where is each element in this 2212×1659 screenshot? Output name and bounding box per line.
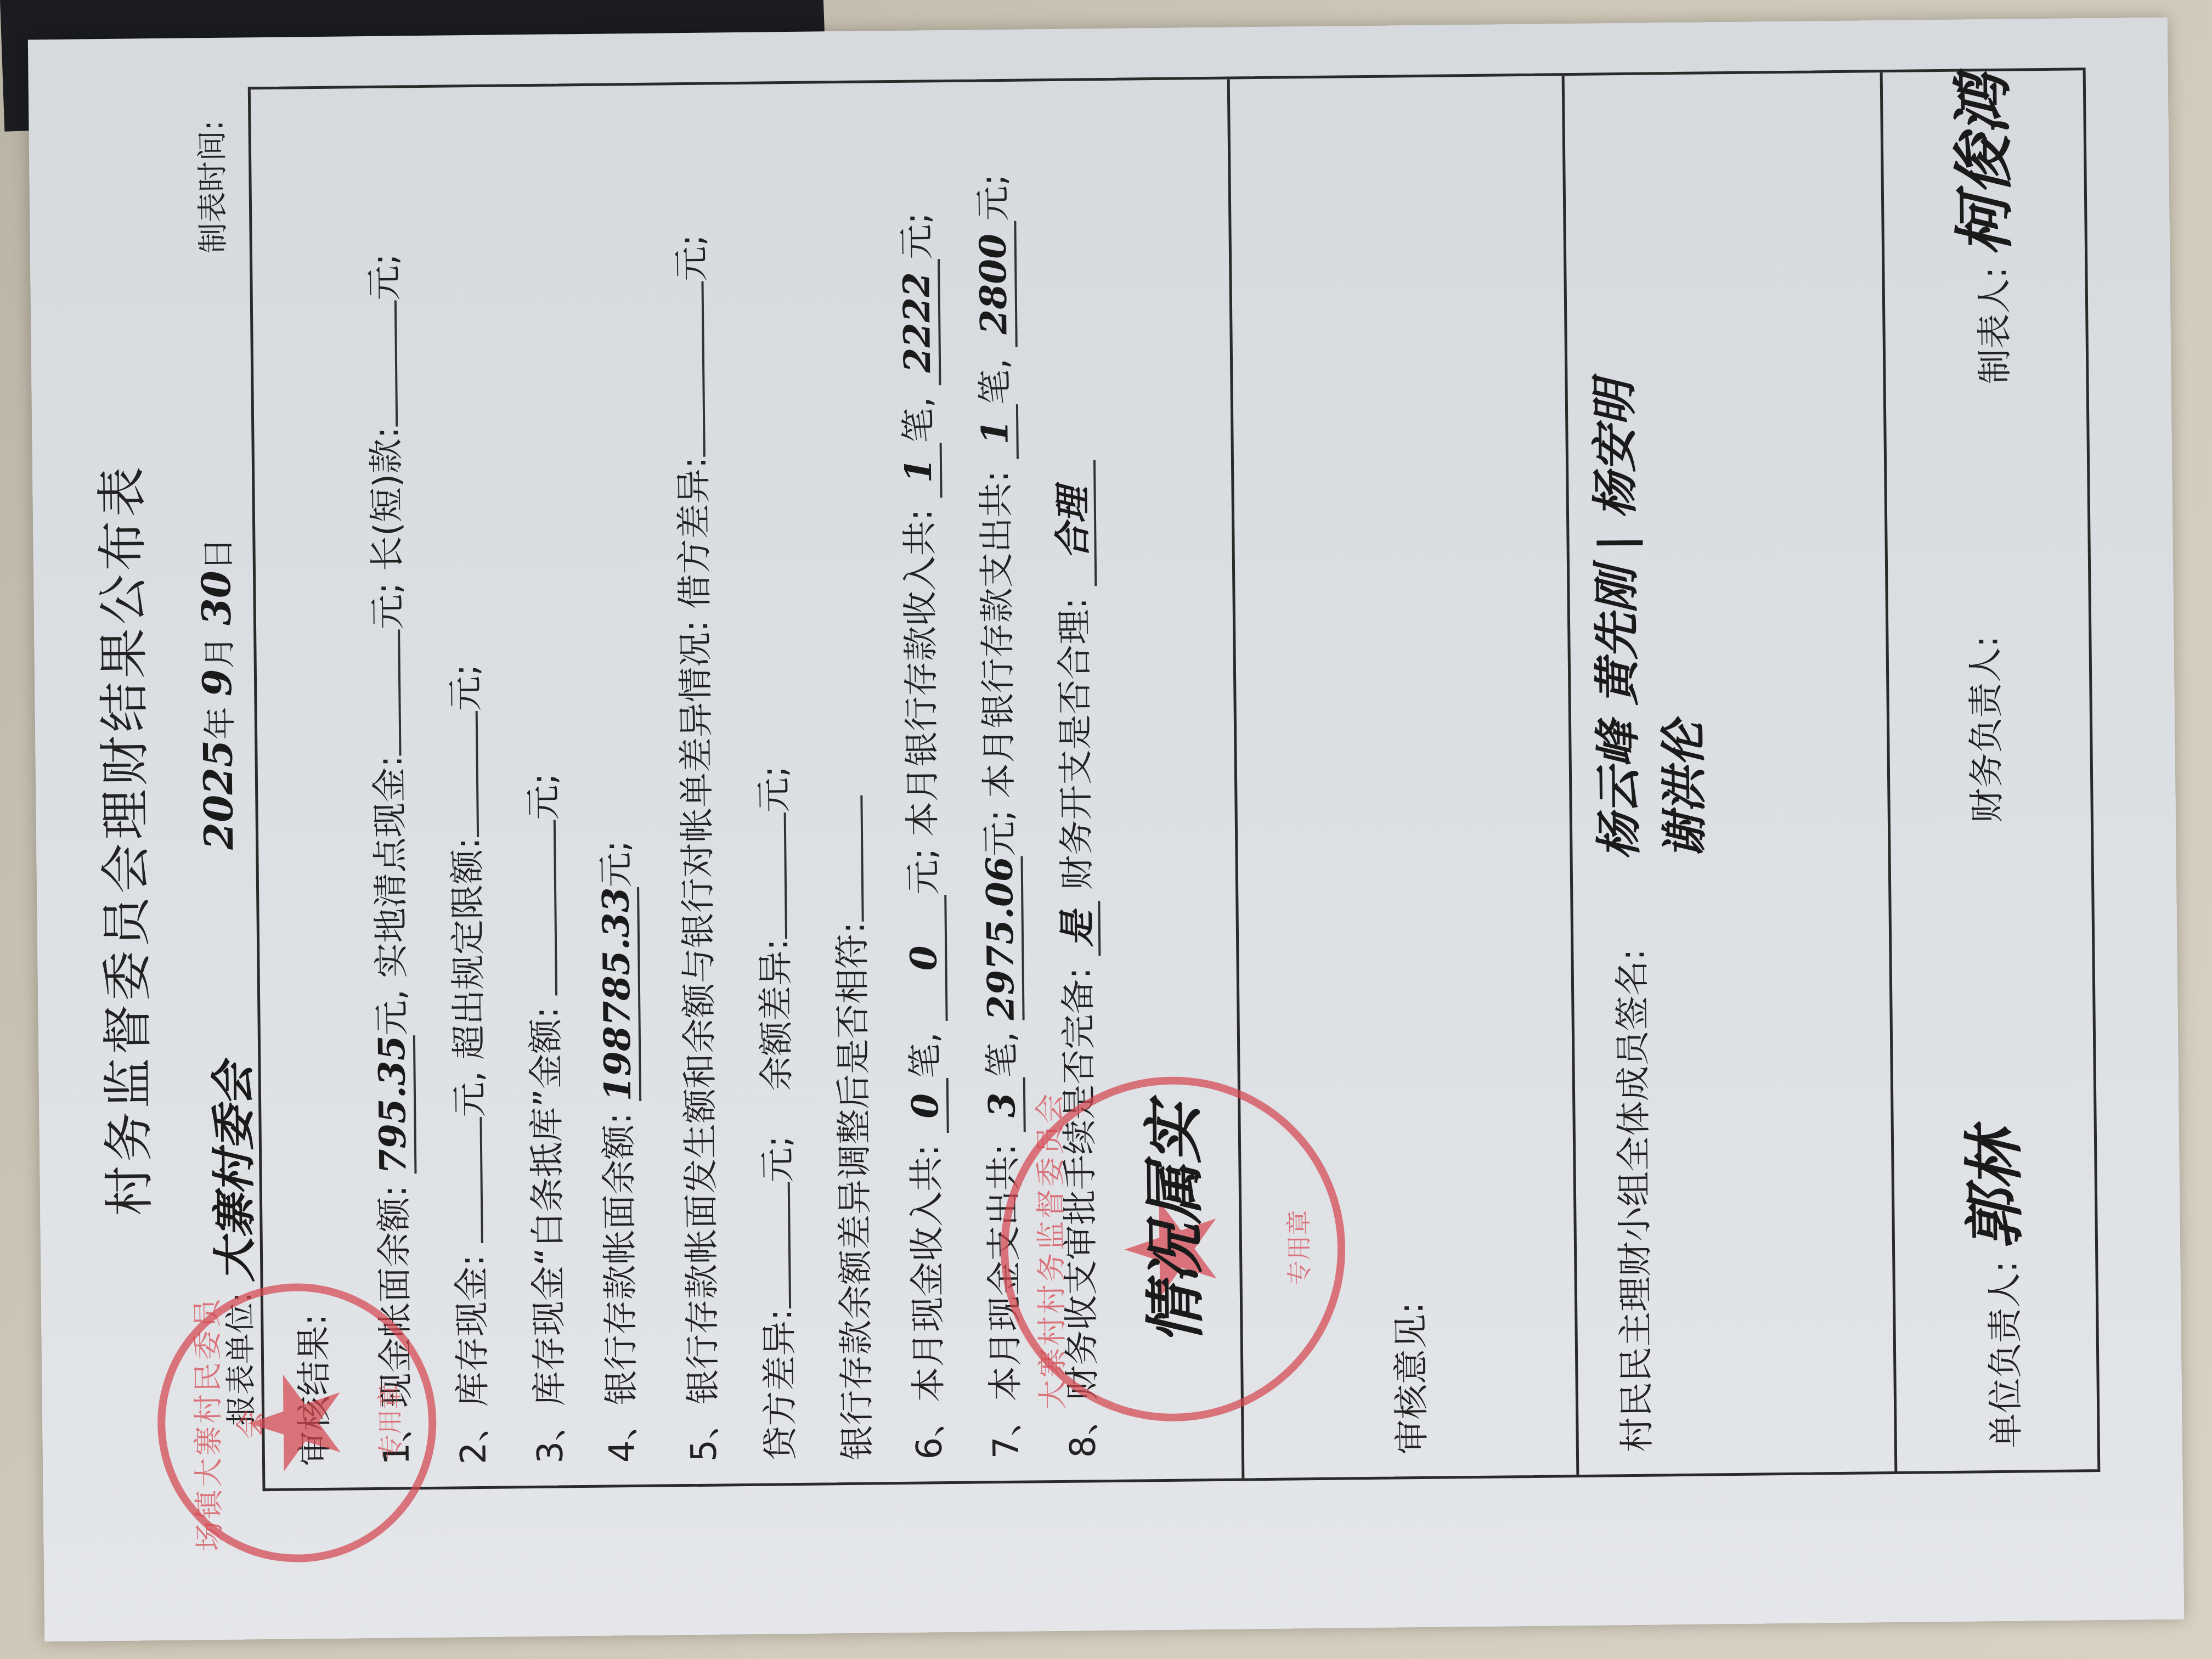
item-label: 库存现金: — [452, 1254, 494, 1407]
item-number: 5、 — [684, 1404, 725, 1462]
members-label: 村民民主理财小组全体成员签名: — [1604, 949, 1660, 1452]
report-date: 2025年 9月 30日 — [192, 538, 242, 850]
cash-expense-amount: 2975.06 — [978, 856, 1023, 1020]
overage-shortage-field — [352, 301, 398, 427]
make-time-label: 制表时间: — [188, 120, 233, 254]
bank-book-balance-field: 198785.33 — [594, 887, 641, 1102]
reconcile-field — [817, 795, 864, 922]
item-number: 3、 — [530, 1406, 571, 1464]
document-page: 村务监督委员会理财结果公布表 报表单位: 大寨村委会 2025年 9月 30日 … — [28, 18, 2184, 1642]
item-label: 银行存款帐面余额: — [599, 1113, 642, 1406]
cash-expense-count-field: 3 — [980, 1077, 1026, 1133]
unit-label: 元, — [372, 989, 413, 1036]
audit-item-4: 4、银行存款帐面余额: 198785.33元; — [580, 102, 645, 1463]
bank-income-amount: 2222 — [895, 272, 939, 373]
item-label: 贷方差异: — [759, 1308, 802, 1461]
preparer-signature: 柯俊鸿 — [1948, 75, 2020, 256]
audit-item-6: 6、本月现金收入共: 0笔, 0元; 本月银行存款收入共: 1笔, 2222元; — [887, 99, 952, 1460]
audit-heading: 审核结果: — [273, 105, 337, 1466]
member-signatures-line-2: 谢洪伦 — [1647, 379, 1718, 860]
preparer-label: 制表人: — [1974, 267, 2016, 384]
unit-head-label: 单位负责人: — [1984, 1261, 2027, 1448]
item-label: 余额差异: — [755, 939, 798, 1091]
date-year-suffix: 年 — [201, 707, 240, 740]
expense-reasonable-value: 合理 — [1051, 487, 1094, 560]
audit-item-2: 2、库存现金: 元, 超出规定限额:元; — [426, 104, 496, 1465]
item-label: 银行存款帐面发生额和余额与银行对帐单差异情况: — [675, 620, 724, 1404]
balance-diff-field — [741, 812, 787, 939]
approval-complete-value: 是 — [1056, 911, 1099, 947]
opinion-handwritten: 情况属实 — [1125, 1103, 1215, 1345]
audit-item-3: 3、库存现金“白条抵库”金额: 元; — [503, 103, 573, 1464]
unit-label: 元; — [596, 840, 637, 887]
item-number: 6、 — [909, 1402, 950, 1459]
cash-income-count-field: 0 — [904, 1078, 949, 1133]
unit-label: 元; — [364, 253, 405, 301]
stamp-text: 大寨村村务监督委员会 — [1026, 1086, 1072, 1415]
cash-expense-count: 3 — [980, 1092, 1023, 1118]
unit-label: 元; — [445, 664, 487, 711]
date-year: 2025 — [194, 740, 242, 850]
stamp-text: 场镇大寨村民委员会 — [184, 1291, 271, 1556]
finance-head-label: 财务负责人: — [1965, 635, 2008, 823]
cash-income-count: 0 — [904, 1093, 946, 1119]
item-number: 2、 — [453, 1407, 494, 1464]
item-label: 借方差异: — [674, 456, 716, 609]
members-section: 村民民主理财小组全体成员签名: 杨云峰 黄先刚 | 杨安明 谢洪伦 — [1562, 72, 1898, 1475]
date-month-suffix: 月 — [200, 636, 239, 669]
reporting-unit-value: 大寨村委会 — [207, 1062, 261, 1282]
cash-book-balance-field: 795.35 — [370, 1035, 417, 1174]
audit-item-5: 5、银行存款帐面发生额和余额与银行对帐单差异情况: 借方差异:元; — [657, 101, 726, 1462]
unit-label: 元; — [754, 765, 795, 812]
unit-label: 元; — [758, 1136, 799, 1183]
audit-item-1: 1、现金帐面余额: 795.35元, 实地清点现金:元; 长(短)款:元; — [349, 104, 420, 1465]
unit-label: 笔, — [899, 397, 940, 443]
unit-label: 元; — [903, 848, 944, 895]
credit-diff-row: 贷方差异:元; 余额差异:元; — [733, 100, 803, 1462]
date-day-suffix: 日 — [199, 538, 238, 571]
unit-label: 元; — [672, 234, 713, 281]
signature-footer: 单位负责人: 郭林 财务负责人: 制表人: 柯俊鸿 — [1880, 70, 2098, 1471]
cash-expense-amount-field: 2975.06 — [978, 856, 1025, 1020]
bank-income-count-field: 1 — [897, 443, 943, 498]
unit-label: 笔, — [905, 1032, 946, 1079]
bank-expense-count: 1 — [973, 419, 1016, 445]
unit-label: 笔, — [975, 358, 1016, 405]
item-number: 4、 — [602, 1405, 643, 1463]
unit-label: 元; — [980, 809, 1021, 856]
unit-label: 元, — [450, 1071, 491, 1118]
expense-reasonable-field: 合理 — [1051, 460, 1097, 586]
unit-label: 笔, — [982, 1031, 1023, 1078]
over-limit-field — [433, 711, 479, 838]
item-label: 长(短)款: — [366, 426, 408, 571]
finance-head: 财务负责人: — [1940, 635, 2013, 823]
unit-head: 单位负责人: 郭林 — [1946, 1128, 2036, 1449]
bank-expense-amount: 2800 — [972, 234, 1015, 335]
stamp-bottom-text: 专用章 — [369, 1290, 408, 1554]
credit-diff-field — [745, 1183, 791, 1310]
item-label: 库存现金“白条抵库”金额: — [526, 1007, 571, 1407]
item-label: 超出规定限额: — [447, 837, 490, 1060]
date-month: 9 — [194, 669, 241, 697]
item-label: 财务开支是否合理: — [1054, 597, 1098, 890]
member-signatures-line-1: 杨云峰 黄先刚 | 杨安明 — [1581, 380, 1652, 860]
bank-income-count: 1 — [897, 458, 940, 483]
approval-complete-field: 是 — [1055, 901, 1101, 956]
cash-counted-field — [355, 629, 401, 756]
item-label: 银行存款余额差异调整后是否相符: — [832, 922, 878, 1460]
unit-label: 元; — [523, 773, 565, 820]
bank-expense-count-field: 1 — [973, 404, 1019, 460]
item-label: 本月银行存款收入共: — [900, 509, 944, 837]
item-label: 本月现金收入共: — [906, 1144, 950, 1402]
item-label: 本月银行存款支出共: — [976, 470, 1020, 798]
member-signatures: 杨云峰 黄先刚 | 杨安明 谢洪伦 — [1581, 379, 1718, 860]
date-day: 30 — [193, 571, 240, 626]
debit-diff-field — [658, 281, 705, 457]
unit-label: 元; — [896, 212, 938, 259]
document-title: 村务监督委员会理财结果公布表 — [77, 38, 167, 1641]
preparer: 制表人: 柯俊鸿 — [1935, 75, 2025, 385]
item-label: 实地清点现金: — [370, 755, 413, 978]
unit-label: 元; — [973, 174, 1014, 221]
item-number: 7、 — [986, 1401, 1027, 1459]
unit-head-signature: 郭林 — [1959, 1129, 2030, 1250]
stamp-bottom-text: 专用章 — [1278, 1083, 1317, 1413]
bank-income-amount-field: 2222 — [895, 259, 941, 386]
village-committee-stamp: 场镇大寨村民委员会 ★ 专用章 — [156, 1282, 438, 1564]
bank-book-balance-value: 198785.33 — [594, 887, 639, 1102]
cash-on-hand-field — [437, 1117, 483, 1244]
opinion-label: 审核意见: — [1383, 1302, 1435, 1455]
unit-label: 元; — [368, 582, 409, 629]
reconcile-row: 银行存款余额差异调整后是否相符: — [810, 100, 880, 1461]
iou-amount-field — [511, 820, 557, 996]
bank-expense-amount-field: 2800 — [971, 221, 1017, 347]
cash-income-amount: 0 — [902, 945, 945, 971]
cash-book-balance-value: 795.35 — [370, 1035, 415, 1174]
cash-income-amount-field: 0 — [901, 895, 947, 1022]
